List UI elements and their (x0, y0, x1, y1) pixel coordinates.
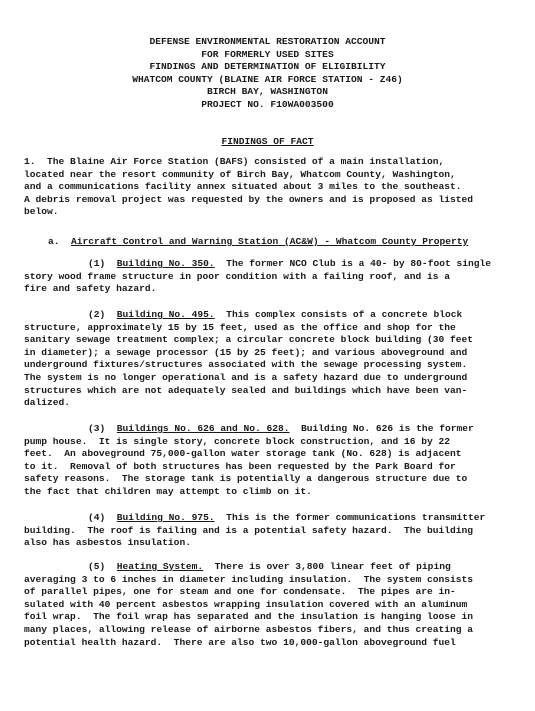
numbered-item: (5) Heating System. There is over 3,800 … (24, 561, 524, 649)
text-line: sanitary sewage treatment complex; a cir… (24, 334, 524, 347)
item-text: Building No. 626 is the former (290, 423, 474, 434)
item-number: (1) (88, 258, 117, 269)
header-line: DEFENSE ENVIRONMENTAL RESTORATION ACCOUN… (0, 36, 535, 49)
text-line: pump house. It is single story, concrete… (24, 436, 524, 449)
item-number: (5) (88, 561, 117, 572)
paragraph-1: 1. The Blaine Air Force Station (BAFS) c… (24, 156, 524, 219)
item-number: (3) (88, 423, 117, 434)
text-line: located near the resort community of Bir… (24, 169, 524, 182)
document-page: DEFENSE ENVIRONMENTAL RESTORATION ACCOUN… (0, 0, 535, 711)
item-number: (2) (88, 309, 117, 320)
header-line: PROJECT NO. F10WA003500 (0, 99, 535, 112)
text-line: also has asbestos insulation. (24, 537, 524, 550)
item-heading: Building No. 975. (117, 512, 215, 523)
text-line: and a communications facility annex situ… (24, 181, 524, 194)
text-line: structures which are not adequately seal… (24, 385, 524, 398)
subsection-heading: Aircraft Control and Warning Station (AC… (71, 236, 468, 247)
text-line: sulated with 40 percent asbestos wrappin… (24, 599, 524, 612)
text-line: averaging 3 to 6 inches in diameter incl… (24, 574, 524, 587)
numbered-item: (1) Building No. 350. The former NCO Clu… (24, 258, 524, 296)
numbered-item: (2) Building No. 495. This complex consi… (24, 309, 524, 410)
item-number: (4) (88, 512, 117, 523)
item-text: This is the former communications transm… (215, 512, 486, 523)
text-line: underground fixtures/structures associat… (24, 359, 524, 372)
section-title: FINDINGS OF FACT (0, 136, 535, 147)
text-line: foil wrap. The foil wrap has separated a… (24, 611, 524, 624)
subsection-prefix: a. (48, 236, 71, 247)
text-line: story wood frame structure in poor condi… (24, 271, 524, 284)
header-line: WHATCOM COUNTY (BLAINE AIR FORCE STATION… (0, 74, 535, 87)
header-line: FINDINGS AND DETERMINATION OF ELIGIBILIT… (0, 61, 535, 74)
text-line: many places, allowing release of airborn… (24, 624, 524, 637)
item-text: The former NCO Club is a 40- by 80-foot … (215, 258, 491, 269)
item-heading: Buildings No. 626 and No. 628. (117, 423, 290, 434)
text-line: 1. The Blaine Air Force Station (BAFS) c… (24, 156, 524, 169)
text-line: building. The roof is failing and is a p… (24, 525, 524, 538)
item-heading: Building No. 495. (117, 309, 215, 320)
header-line: BIRCH BAY, WASHINGTON (0, 86, 535, 99)
item-text: There is over 3,800 linear feet of pipin… (203, 561, 451, 572)
text-line: A debris removal project was requested b… (24, 194, 524, 207)
text-line: to it. Removal of both structures has be… (24, 461, 524, 474)
text-line: fire and safety hazard. (24, 283, 524, 296)
text-line: below. (24, 206, 524, 219)
header-line: FOR FORMERLY USED SITES (0, 49, 535, 62)
subsection-a: a. Aircraft Control and Warning Station … (48, 236, 535, 249)
numbered-item: (4) Building No. 975. This is the former… (24, 512, 524, 550)
item-heading: Building No. 350. (117, 258, 215, 269)
text-line: in diameter); a sewage processor (15 by … (24, 347, 524, 360)
text-line: structure, approximately 15 by 15 feet, … (24, 322, 524, 335)
item-text: This complex consists of a concrete bloc… (215, 309, 463, 320)
text-line: dalized. (24, 397, 524, 410)
item-heading: Heating System. (117, 561, 203, 572)
text-line: safety reasons. The storage tank is pote… (24, 473, 524, 486)
text-line: the fact that children may attempt to cl… (24, 486, 524, 499)
text-line: of parallel pipes, one for steam and one… (24, 586, 524, 599)
text-line: The system is no longer operational and … (24, 372, 524, 385)
text-line: feet. An aboveground 75,000-gallon water… (24, 448, 524, 461)
text-line: potential health hazard. There are also … (24, 637, 524, 650)
numbered-item: (3) Buildings No. 626 and No. 628. Build… (24, 423, 524, 499)
document-header: DEFENSE ENVIRONMENTAL RESTORATION ACCOUN… (0, 36, 535, 112)
